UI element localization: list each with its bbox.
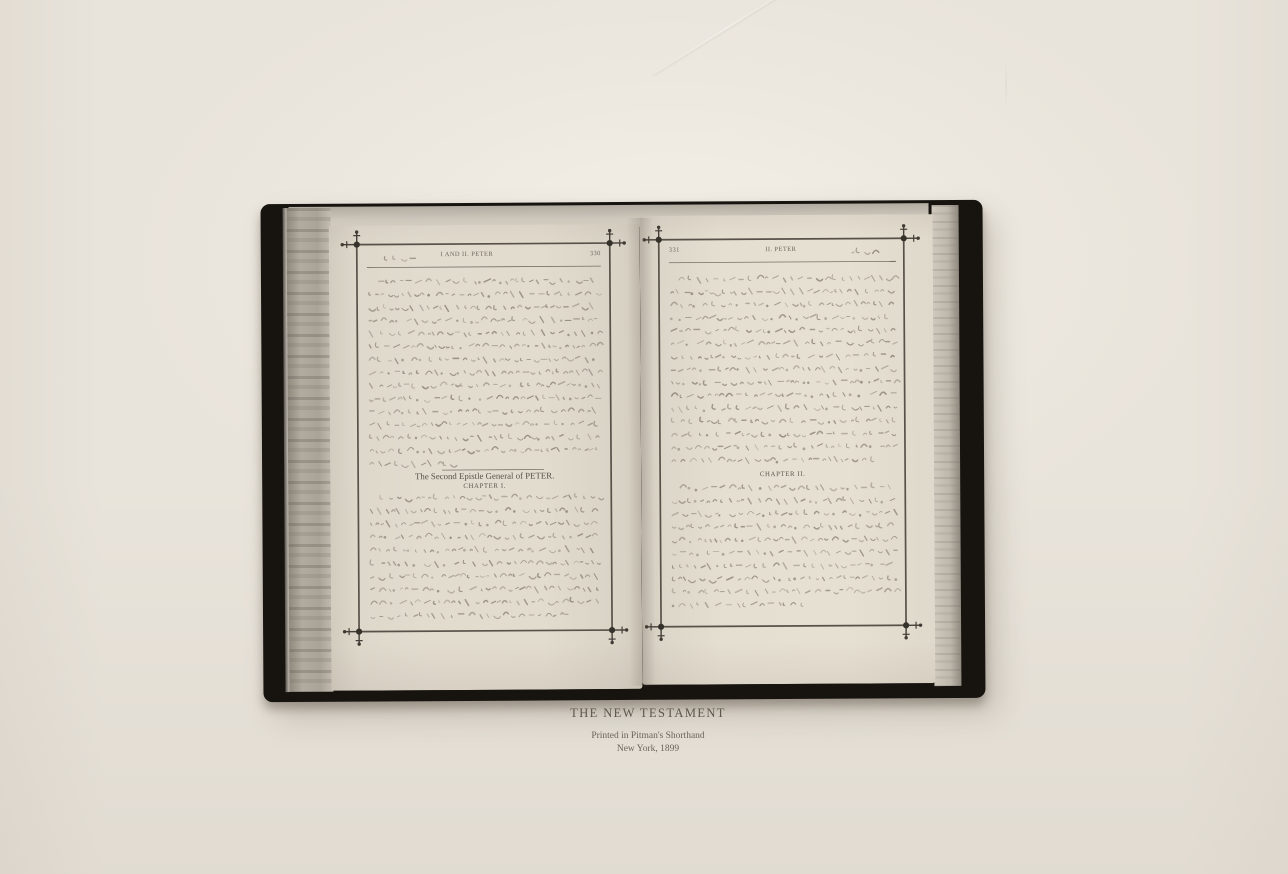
right-page-number: 331 — [669, 247, 703, 254]
left-page-number: 330 — [567, 250, 601, 257]
open-book: I AND II. PETER 330 The Second Epistle G… — [260, 196, 985, 704]
paper-crease — [652, 0, 797, 75]
right-page-shorthand-art — [640, 214, 936, 685]
left-page-shorthand-art — [329, 224, 643, 691]
left-running-head: I AND II. PETER — [387, 250, 547, 258]
chapter-heading-right: CHAPTER II. — [660, 470, 905, 478]
caption-title: THE NEW TESTAMENT — [448, 706, 848, 721]
photo-of-open-book: I AND II. PETER 330 The Second Epistle G… — [0, 0, 1288, 874]
page-edges-right — [932, 205, 962, 686]
caption-line3: New York, 1899 — [448, 743, 848, 756]
right-running-head: II. PETER — [701, 246, 861, 254]
caption: THE NEW TESTAMENT Printed in Pitman's Sh… — [448, 706, 848, 755]
caption-line2: Printed in Pitman's Shorthand — [448, 730, 848, 743]
paper-crease-small — [1005, 60, 1007, 108]
epistle-title: The Second Epistle General of PETER. — [358, 470, 611, 482]
left-page: I AND II. PETER 330 The Second Epistle G… — [329, 224, 643, 691]
page-edges-left — [287, 208, 334, 692]
right-page: 331 II. PETER CHAPTER II. — [640, 214, 936, 685]
